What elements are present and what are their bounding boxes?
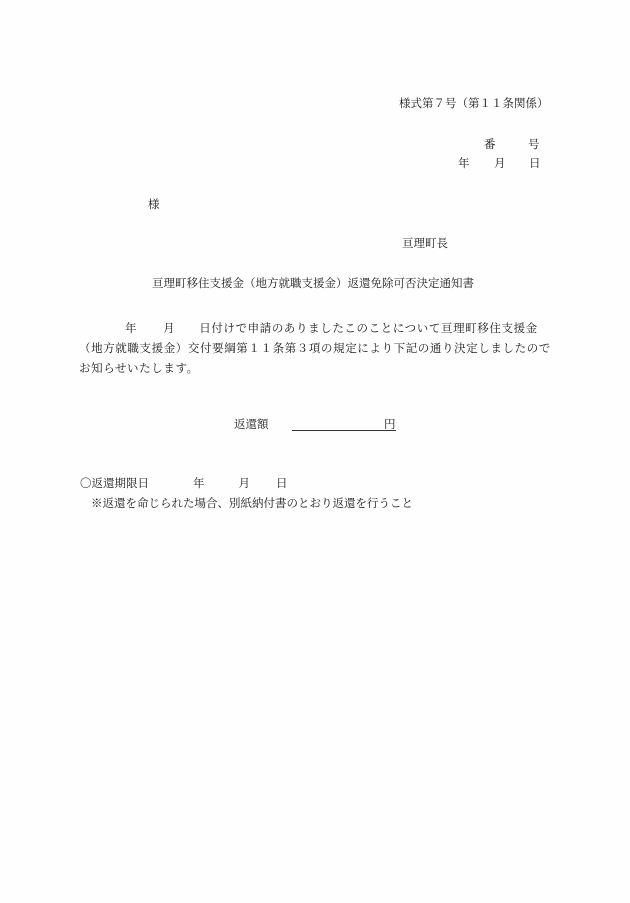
form-number: 様式第７号（第１１条関係） — [399, 98, 549, 110]
number-label-ban: 番 — [484, 139, 496, 151]
deadline-row: 〇返還期限日年月日 — [80, 478, 288, 490]
repayment-note: ※返還を命じられた場合、別紙納付書のとおり返還を行うこと — [91, 498, 413, 510]
number-label-go: 号 — [528, 139, 540, 151]
date-year-label: 年 — [458, 158, 470, 170]
deadline-month-label: 月 — [239, 476, 251, 490]
body-month-label: 月 — [163, 321, 175, 335]
amount-blank-line — [292, 430, 396, 431]
addressee-suffix: 様 — [148, 199, 160, 211]
body-year-label: 年 — [125, 321, 137, 335]
amount-label: 返還額 — [234, 419, 269, 431]
body-text: 日付けで申請のありましたこのことについて亘理町移住支援金（地方就職支援金）交付要… — [79, 321, 551, 375]
amount-unit: 円 — [384, 419, 396, 431]
issuer-name: 亘理町長 — [402, 238, 448, 250]
deadline-year-label: 年 — [193, 476, 205, 490]
date-day-label: 日 — [529, 158, 541, 170]
deadline-day-label: 日 — [276, 476, 288, 490]
body-paragraph: 年月日付けで申請のありましたこのことについて亘理町移住支援金（地方就職支援金）交… — [79, 318, 555, 378]
document-title: 亘理町移住支援金（地方就職支援金）返還免除可否決定通知書 — [152, 278, 474, 290]
date-month-label: 月 — [494, 158, 506, 170]
document-page: 様式第７号（第１１条関係） 番 号 年 月 日 様 亘理町長 亘理町移住支援金（… — [0, 0, 630, 903]
deadline-label: 〇返還期限日 — [80, 476, 149, 490]
